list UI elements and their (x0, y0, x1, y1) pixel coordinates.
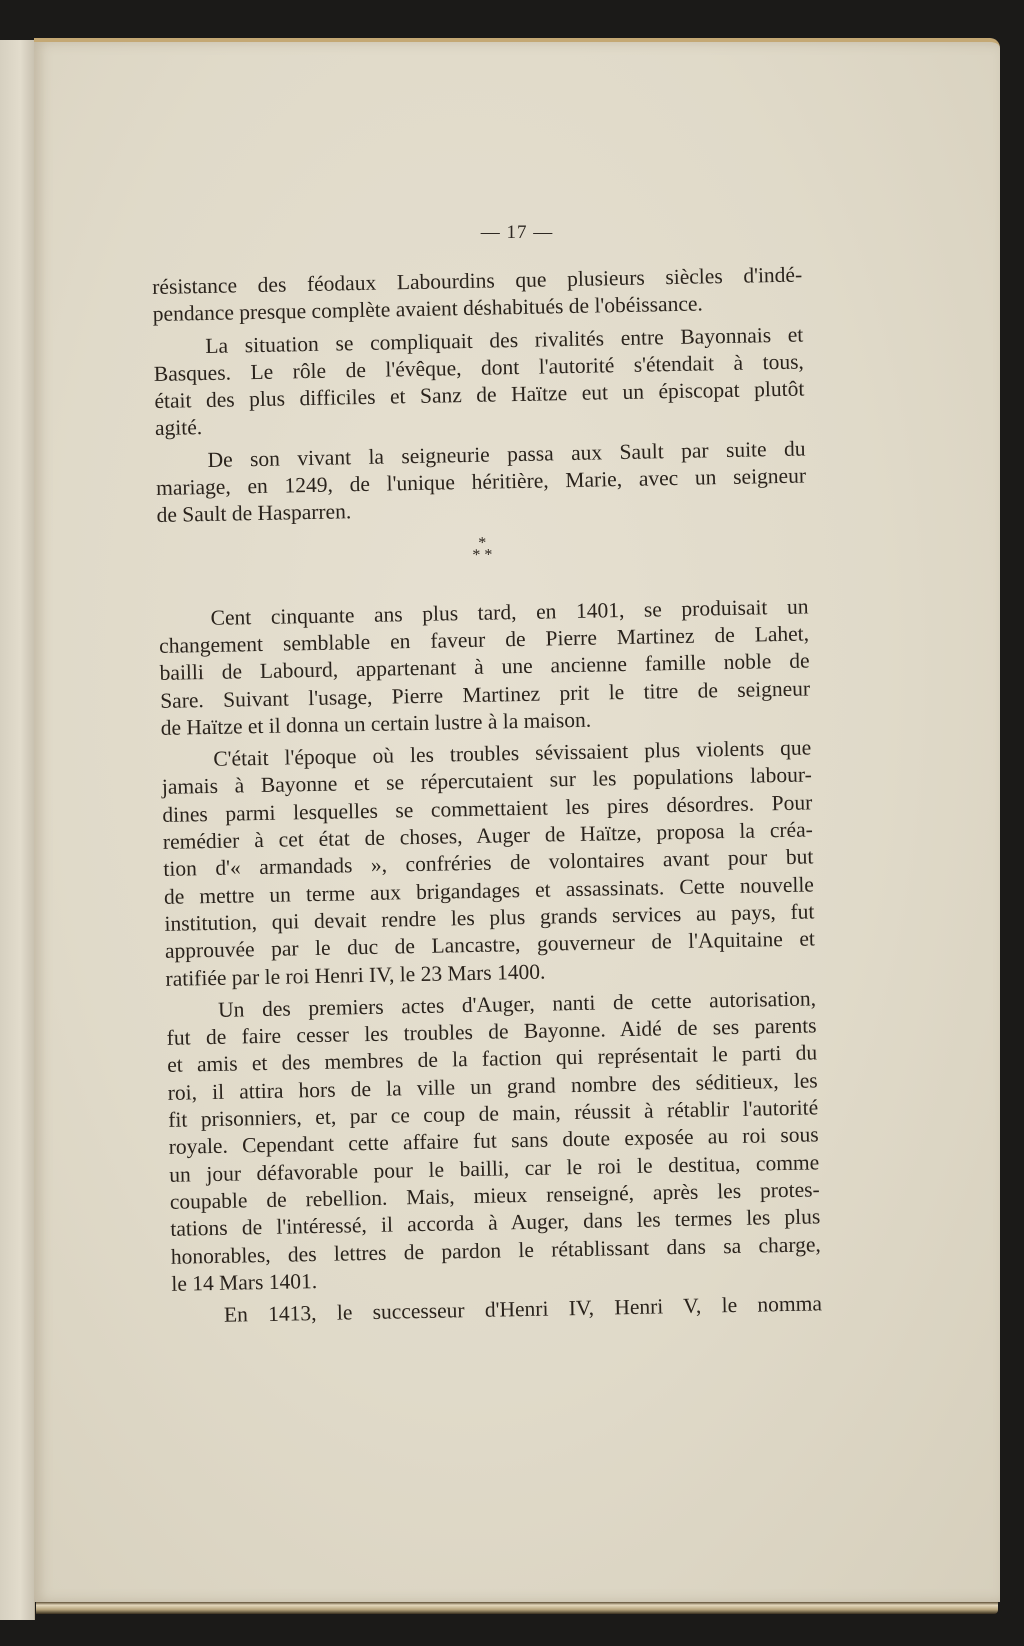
page-number: — 17 — (34, 222, 1000, 244)
paragraph: Cent cinquante ans plus tard, en 1401, s… (158, 593, 811, 742)
body-text: résistance des féodaux Labourdins que pl… (152, 262, 822, 1336)
paragraph: En 1413, le successeur d'Henri IV, Henri… (172, 1290, 822, 1330)
paragraph: De son vivant la seigneurie passa aux Sa… (155, 435, 806, 529)
paragraph: Un des premiers actes d'Auger, nanti de … (166, 985, 822, 1298)
previous-page-edge (0, 40, 35, 1620)
book-page: — 17 — résistance des féodaux Labourdins… (34, 38, 1000, 1602)
paragraph: La situation se compliquait des rivalité… (153, 321, 805, 443)
paragraph: résistance des féodaux Labourdins que pl… (152, 262, 803, 329)
paragraph: C'était l'époque où les troubles sévissa… (161, 735, 816, 993)
text-line: En 1413, le successeur d'Henri IV, Henri… (172, 1290, 822, 1330)
section-separator-asterism: * * * (157, 531, 807, 567)
